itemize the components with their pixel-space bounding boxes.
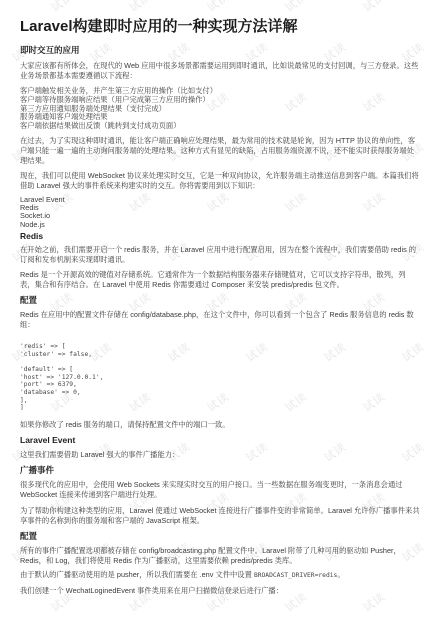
paragraph-env-config: 由于默认的广播驱动使用的是 pusher，所以我们需要在 .env 文件中设置 … [20, 570, 420, 581]
knowledge-item: Node.js [20, 221, 420, 229]
code-line: ], [20, 397, 420, 405]
code-line: 'default' => [ [20, 366, 420, 374]
code-line [20, 358, 420, 366]
paragraph-broadcast-config: 所有的事件广播配置选项都被存储在 config/broadcasting.php… [20, 546, 420, 566]
flow-step: 客户端依据结果做出反馈（跳转到支付成功页面） [20, 122, 420, 131]
code-line: ] [20, 404, 420, 412]
article-title: Laravel构建即时应用的一种实现方法详解 [20, 18, 420, 36]
knowledge-item: Redis [20, 204, 420, 212]
article-page: Laravel构建即时应用的一种实现方法详解 即时交互的应用 大家应该都有所体会… [0, 0, 440, 596]
knowledge-item: Laravel Event [20, 196, 420, 204]
paragraph-wechat-event: 我们创建一个 WechatLoginedEvent 事件类用来在用户扫描微信登录… [20, 586, 420, 596]
paragraph-port-note: 如果你修改了 redis 服务的端口，请保持配置文件中的端口一致。 [20, 420, 420, 430]
code-line: 'cluster' => false, [20, 351, 420, 359]
code-block: 'redis' => [ 'cluster' => false, 'defaul… [20, 343, 420, 412]
section-heading-broadcast: 广播事件 [20, 466, 420, 475]
code-line: 'redis' => [ [20, 343, 420, 351]
env-inline-code: BROADCAST_DRIVER=redis [254, 572, 337, 579]
env-text-suffix: 。 [337, 570, 344, 579]
paragraph-broadcast-laravel: 为了帮助你构建这种类型的应用，Laravel 使通过 WebSocket 连接进… [20, 506, 420, 526]
code-line: 'port' => 6379, [20, 381, 420, 389]
knowledge-list: Laravel Event Redis Socket.io Node.js [20, 196, 420, 229]
paragraph-websocket-now: 现在，我们可以使用 WebSocket 协议来处理实时交互，它是一种双向协议，允… [20, 171, 420, 191]
paragraph-polling-past: 在过去，为了实现这种即时通讯，能让客户端正确响应处理结果，最为常用的技术就是轮询… [20, 136, 420, 166]
section-heading-laravel-event: Laravel Event [20, 436, 420, 445]
knowledge-item: Socket.io [20, 212, 420, 220]
section-heading-config-redis: 配置 [20, 296, 420, 305]
paragraph-config-file: Redis 在应用中的配置文件存储在 config/database.php，在… [20, 310, 420, 330]
section-heading-redis: Redis [20, 232, 420, 241]
flow-steps-list: 客户端触发相关业务，并产生第三方应用的操作（比如支付） 客户端等待服务端响应结果… [20, 87, 420, 131]
paragraph-intro: 大家应该都有所体会，在现代的 Web 应用中很多场景都需要运用到即时通讯，比如说… [20, 61, 420, 81]
paragraph-redis-start: 在开始之前，我们需要开启一个 redis 服务，并在 Laravel 应用中进行… [20, 245, 420, 265]
paragraph-redis-about: Redis 是一个开源高效的键值对存储系统。它通常作为一个数据结构服务器来存储键… [20, 270, 420, 290]
code-line: 'database' => 0, [20, 389, 420, 397]
paragraph-event-intro: 这里我们需要借助 Laravel 强大的事件广播能力： [20, 450, 420, 460]
paragraph-broadcast-websockets: 很多现代化的应用中，会使用 Web Sockets 来实现实时交互的用户接口。当… [20, 480, 420, 500]
section-heading-interactive-app: 即时交互的应用 [20, 46, 420, 55]
section-heading-config-broadcast: 配置 [20, 532, 420, 541]
code-line: 'host' => '127.0.0.1', [20, 374, 420, 382]
env-text-prefix: 由于默认的广播驱动使用的是 pusher，所以我们需要在 .env 文件中设置 [20, 570, 254, 579]
